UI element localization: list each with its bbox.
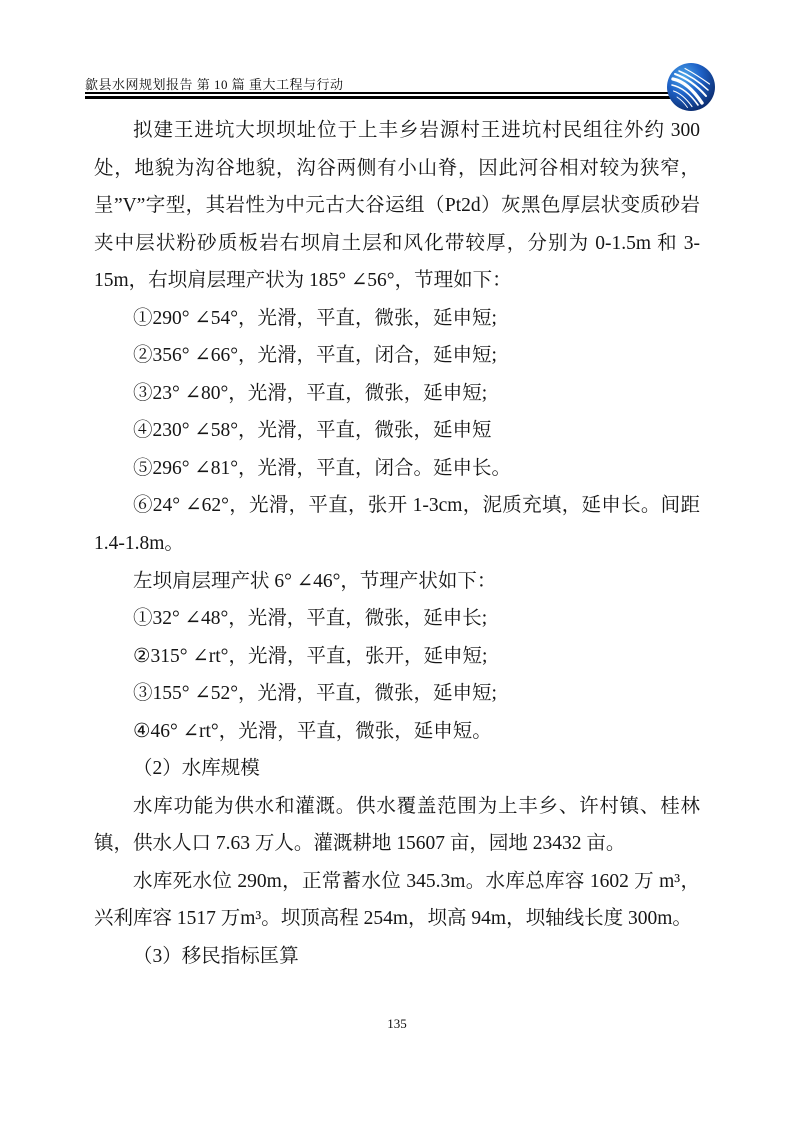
page-number: 135: [0, 1016, 794, 1032]
paragraph: 水库功能为供水和灌溉。供水覆盖范围为上丰乡、许村镇、桂林镇，供水人口 7.63 …: [94, 788, 700, 863]
paragraph: 水库死水位 290m，正常蓄水位 345.3m。水库总库容 1602 万 m³，…: [94, 863, 700, 938]
header-rule: [85, 92, 710, 99]
paragraph: 拟建王进坑大坝坝址位于上丰乡岩源村王进坑村民组往外约 300 处，地貌为沟谷地貌…: [94, 112, 700, 300]
paragraph: ①290° ∠54°，光滑，平直，微张，延申短;: [94, 300, 700, 338]
paragraph: ②315° ∠rt°，光滑，平直，张开，延申短;: [94, 638, 700, 676]
paragraph: 左坝肩层理产状 6° ∠46°，节理产状如下：: [94, 563, 700, 601]
document-page: 歙县水网规划报告 第 10 篇 重大工程与行动: [0, 0, 794, 1122]
paragraph: ⑥24° ∠62°，光滑，平直，张开 1-3cm，泥质充填，延申长。间距 1.4…: [94, 487, 700, 562]
paragraph: ①32° ∠48°，光滑，平直，微张，延申长;: [94, 600, 700, 638]
blue-globe-swoosh-icon: [666, 61, 716, 113]
header-rule-thick-line: [85, 96, 710, 99]
paragraph: （2）水库规模: [94, 750, 700, 788]
paragraph: ②356° ∠66°，光滑，平直，闭合，延申短;: [94, 337, 700, 375]
paragraph: ④230° ∠58°，光滑，平直，微张，延申短: [94, 412, 700, 450]
organization-logo: [666, 61, 716, 113]
paragraph: （3）移民指标匡算: [94, 938, 700, 976]
header-title: 歙县水网规划报告 第 10 篇 重大工程与行动: [85, 74, 344, 93]
paragraph: ④46° ∠rt°，光滑，平直，微张，延申短。: [94, 713, 700, 751]
document-body: 拟建王进坑大坝坝址位于上丰乡岩源村王进坑村民组往外约 300 处，地貌为沟谷地貌…: [94, 112, 700, 976]
paragraph: ③155° ∠52°，光滑，平直，微张，延申短;: [94, 675, 700, 713]
paragraph: ③23° ∠80°，光滑，平直，微张，延申短;: [94, 375, 700, 413]
paragraph: ⑤296° ∠81°，光滑，平直，闭合。延申长。: [94, 450, 700, 488]
